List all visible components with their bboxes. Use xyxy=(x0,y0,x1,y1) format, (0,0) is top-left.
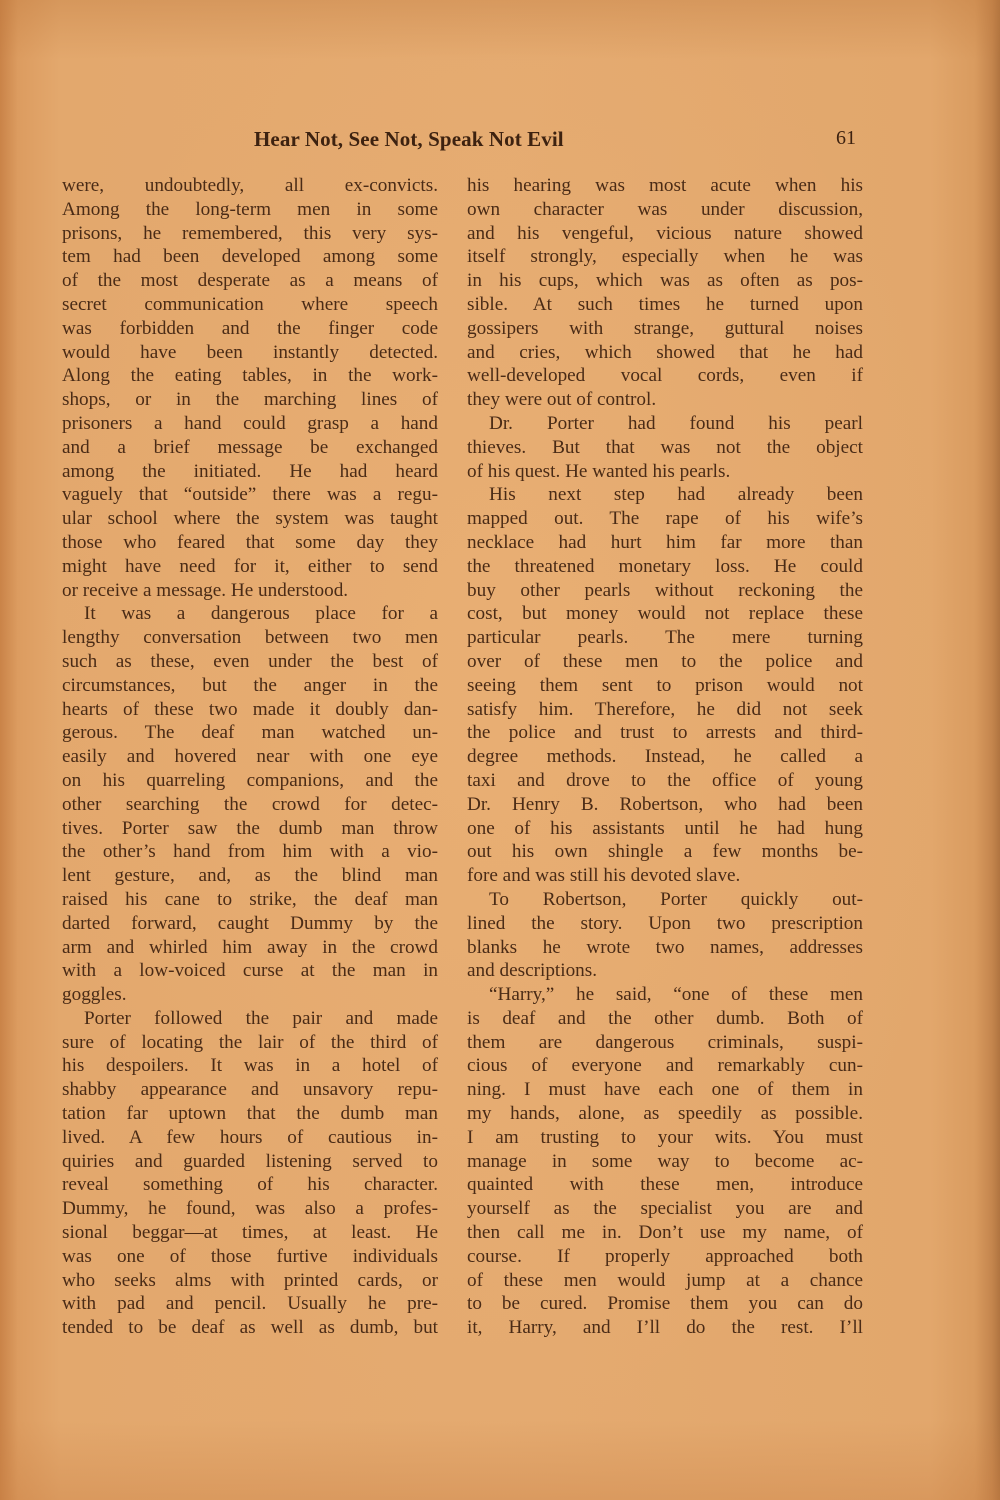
text-line: quainted with these men, introduce xyxy=(467,1173,863,1197)
text-line: lived. A few hours of cautious in- xyxy=(62,1126,438,1150)
text-line: mapped out. The rape of his wife’s xyxy=(467,507,863,531)
text-line: out his own shingle a few months be- xyxy=(467,840,863,864)
text-line: goggles. xyxy=(62,983,438,1007)
running-header: Hear Not, See Not, Speak Not Evil 61 xyxy=(254,127,854,155)
text-line: sure of locating the lair of the third o… xyxy=(62,1031,438,1055)
text-line: on his quarreling companions, and the xyxy=(62,769,438,793)
text-line: over of these men to the police and xyxy=(467,650,863,674)
text-line: secret communication where speech xyxy=(62,293,438,317)
text-line: thieves. But that was not the object xyxy=(467,436,863,460)
text-line: and cries, which showed that he had xyxy=(467,341,863,365)
text-line: the police and trust to arrests and thir… xyxy=(467,721,863,745)
text-line: tives. Porter saw the dumb man throw xyxy=(62,817,438,841)
text-line: such as these, even under the best of xyxy=(62,650,438,674)
text-line: other searching the crowd for detec- xyxy=(62,793,438,817)
text-line: raised his cane to strike, the deaf man xyxy=(62,888,438,912)
text-line: vaguely that “outside” there was a regu- xyxy=(62,483,438,507)
text-line: then call me in. Don’t use my name, of xyxy=(467,1221,863,1245)
text-line: I am trusting to your wits. You must xyxy=(467,1126,863,1150)
text-line: cious of everyone and remarkably cun- xyxy=(467,1054,863,1078)
text-line: Dr. Henry B. Robertson, who had been xyxy=(467,793,863,817)
text-line: of these men would jump at a chance xyxy=(467,1269,863,1293)
text-line: shabby appearance and unsavory repu- xyxy=(62,1078,438,1102)
text-line: gerous. The deaf man watched un- xyxy=(62,721,438,745)
text-line: “Harry,” he said, “one of these men xyxy=(467,983,863,1007)
text-line: them are dangerous criminals, suspi- xyxy=(467,1031,863,1055)
text-line: Dummy, he found, was also a profes- xyxy=(62,1197,438,1221)
text-line: in his cups, which was as often as pos- xyxy=(467,269,863,293)
text-line: with a low-voiced curse at the man in xyxy=(62,959,438,983)
text-line: arm and whirled him away in the crowd xyxy=(62,936,438,960)
text-line: his despoilers. It was in a hotel of xyxy=(62,1054,438,1078)
text-line: taxi and drove to the office of young xyxy=(467,769,863,793)
text-line: to be cured. Promise them you can do xyxy=(467,1292,863,1316)
text-line: cost, but money would not replace these xyxy=(467,602,863,626)
text-line: seeing them sent to prison would not xyxy=(467,674,863,698)
text-line: prisoners a hand could grasp a hand xyxy=(62,412,438,436)
text-line: gossipers with strange, guttural noises xyxy=(467,317,863,341)
text-line: tation far uptown that the dumb man xyxy=(62,1102,438,1126)
text-line: it, Harry, and I’ll do the rest. I’ll xyxy=(467,1316,863,1340)
text-line: the other’s hand from him with a vio- xyxy=(62,840,438,864)
text-line: ning. I must have each one of them in xyxy=(467,1078,863,1102)
text-line: his hearing was most acute when his xyxy=(467,174,863,198)
text-line: reveal something of his character. xyxy=(62,1173,438,1197)
text-line: yourself as the specialist you are and xyxy=(467,1197,863,1221)
text-line: might have need for it, either to send xyxy=(62,555,438,579)
text-line: itself strongly, especially when he was xyxy=(467,245,863,269)
text-line: of his quest. He wanted his pearls. xyxy=(467,460,863,484)
text-line: is deaf and the other dumb. Both of xyxy=(467,1007,863,1031)
text-line: they were out of control. xyxy=(467,388,863,412)
text-line: own character was under discussion, xyxy=(467,198,863,222)
text-line: Porter followed the pair and made xyxy=(62,1007,438,1031)
text-line: circumstances, but the anger in the xyxy=(62,674,438,698)
text-line: with pad and pencil. Usually he pre- xyxy=(62,1292,438,1316)
text-line: Among the long-term men in some xyxy=(62,198,438,222)
text-line: Along the eating tables, in the work- xyxy=(62,364,438,388)
text-line: my hands, alone, as speedily as possible… xyxy=(467,1102,863,1126)
text-line: who seeks alms with printed cards, or xyxy=(62,1269,438,1293)
text-line: It was a dangerous place for a xyxy=(62,602,438,626)
text-line: would have been instantly detected. xyxy=(62,341,438,365)
text-line: and his vengeful, vicious nature showed xyxy=(467,222,863,246)
text-line: hearts of these two made it doubly dan- xyxy=(62,698,438,722)
text-line: sional beggar—at times, at least. He xyxy=(62,1221,438,1245)
text-line: lent gesture, and, as the blind man xyxy=(62,864,438,888)
text-line: was one of those furtive individuals xyxy=(62,1245,438,1269)
text-line: and descriptions. xyxy=(467,959,863,983)
text-line: satisfy him. Therefore, he did not seek xyxy=(467,698,863,722)
page-number: 61 xyxy=(836,127,856,150)
text-line: His next step had already been xyxy=(467,483,863,507)
text-line: quiries and guarded listening served to xyxy=(62,1150,438,1174)
running-title: Hear Not, See Not, Speak Not Evil xyxy=(254,127,564,152)
text-line: darted forward, caught Dummy by the xyxy=(62,912,438,936)
book-page: Hear Not, See Not, Speak Not Evil 61 wer… xyxy=(0,0,1000,1500)
text-line: buy other pearls without reckoning the xyxy=(467,579,863,603)
text-line: well-developed vocal cords, even if xyxy=(467,364,863,388)
text-line: shops, or in the marching lines of xyxy=(62,388,438,412)
text-line: ular school where the system was taught xyxy=(62,507,438,531)
text-line: particular pearls. The mere turning xyxy=(467,626,863,650)
text-line: To Robertson, Porter quickly out- xyxy=(467,888,863,912)
text-line: among the initiated. He had heard xyxy=(62,460,438,484)
text-line: those who feared that some day they xyxy=(62,531,438,555)
text-line: the threatened monetary loss. He could xyxy=(467,555,863,579)
text-line: tended to be deaf as well as dumb, but xyxy=(62,1316,438,1340)
right-text-column: his hearing was most acute when hisown c… xyxy=(467,174,863,1340)
text-line: and a brief message be exchanged xyxy=(62,436,438,460)
text-line: were, undoubtedly, all ex-convicts. xyxy=(62,174,438,198)
text-line: was forbidden and the finger code xyxy=(62,317,438,341)
text-line: tem had been developed among some xyxy=(62,245,438,269)
text-line: necklace had hurt him far more than xyxy=(467,531,863,555)
left-text-column: were, undoubtedly, all ex-convicts.Among… xyxy=(62,174,438,1340)
text-line: sible. At such times he turned upon xyxy=(467,293,863,317)
text-line: degree methods. Instead, he called a xyxy=(467,745,863,769)
text-line: or receive a message. He understood. xyxy=(62,579,438,603)
text-line: prisons, he remembered, this very sys- xyxy=(62,222,438,246)
text-line: Dr. Porter had found his pearl xyxy=(467,412,863,436)
text-line: easily and hovered near with one eye xyxy=(62,745,438,769)
text-line: of the most desperate as a means of xyxy=(62,269,438,293)
text-line: one of his assistants until he had hung xyxy=(467,817,863,841)
text-line: lined the story. Upon two prescription xyxy=(467,912,863,936)
text-line: lengthy conversation between two men xyxy=(62,626,438,650)
text-line: blanks he wrote two names, addresses xyxy=(467,936,863,960)
text-line: fore and was still his devoted slave. xyxy=(467,864,863,888)
text-line: course. If properly approached both xyxy=(467,1245,863,1269)
text-line: manage in some way to become ac- xyxy=(467,1150,863,1174)
